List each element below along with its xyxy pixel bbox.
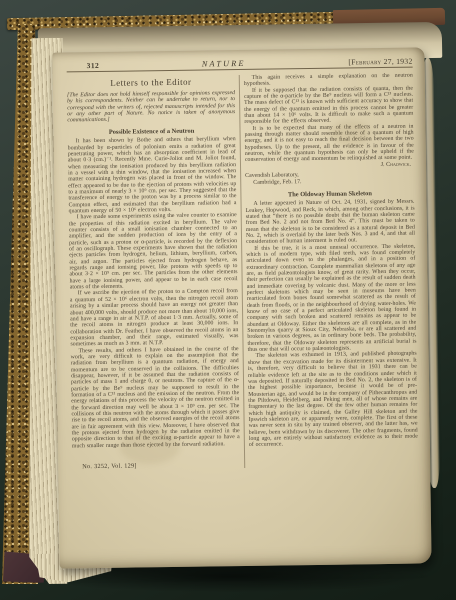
issue-footer: No. 3252, Vol. 129] — [72, 461, 240, 470]
paragraph: If this be true, it is a most unusual oc… — [246, 243, 416, 353]
book-photo: 312 NATURE [February 27, 1932 Letters to… — [0, 0, 456, 600]
paragraph: It is to be expected that many of the ef… — [244, 123, 414, 163]
left-column: Letters to the Editor [The Editor does n… — [67, 75, 240, 470]
paragraph: I have made some experiments using the v… — [69, 212, 238, 290]
paragraph: It has been shown by Bothe and others th… — [68, 136, 237, 214]
paragraph: These results, and others I have obtaine… — [71, 346, 240, 450]
neutron-letter-title: Possible Existence of a Neutron — [67, 127, 235, 136]
paragraph: If we ascribe the ejection of the proton… — [70, 289, 239, 348]
address-block: Cavendish Laboratory, Cambridge, Feb. 17… — [245, 171, 414, 187]
paragraph: A letter appeared in Nature of Oct. 24, … — [246, 199, 416, 246]
right-column: This again receives a simple explanation… — [244, 73, 418, 468]
page-number: 312 — [67, 61, 100, 70]
paragraph: The skeleton was exhumed in 1913, and pu… — [248, 351, 418, 449]
letters-section-title: Letters to the Editor — [67, 76, 235, 88]
editor-note: [The Editor does not hold himself respon… — [67, 90, 235, 124]
oldoway-letter-title: The Oldoway Human Skeleton — [245, 189, 414, 198]
issue-date: [February 27, 1932 — [348, 57, 412, 67]
paragraph: If it be supposed that the radiation con… — [244, 85, 414, 125]
journal-page: 312 NATURE [February 27, 1932 Letters to… — [52, 47, 431, 568]
two-column-text: Letters to the Editor [The Editor does n… — [67, 73, 418, 471]
address-line: Cambridge, Feb. 17. — [245, 178, 414, 187]
